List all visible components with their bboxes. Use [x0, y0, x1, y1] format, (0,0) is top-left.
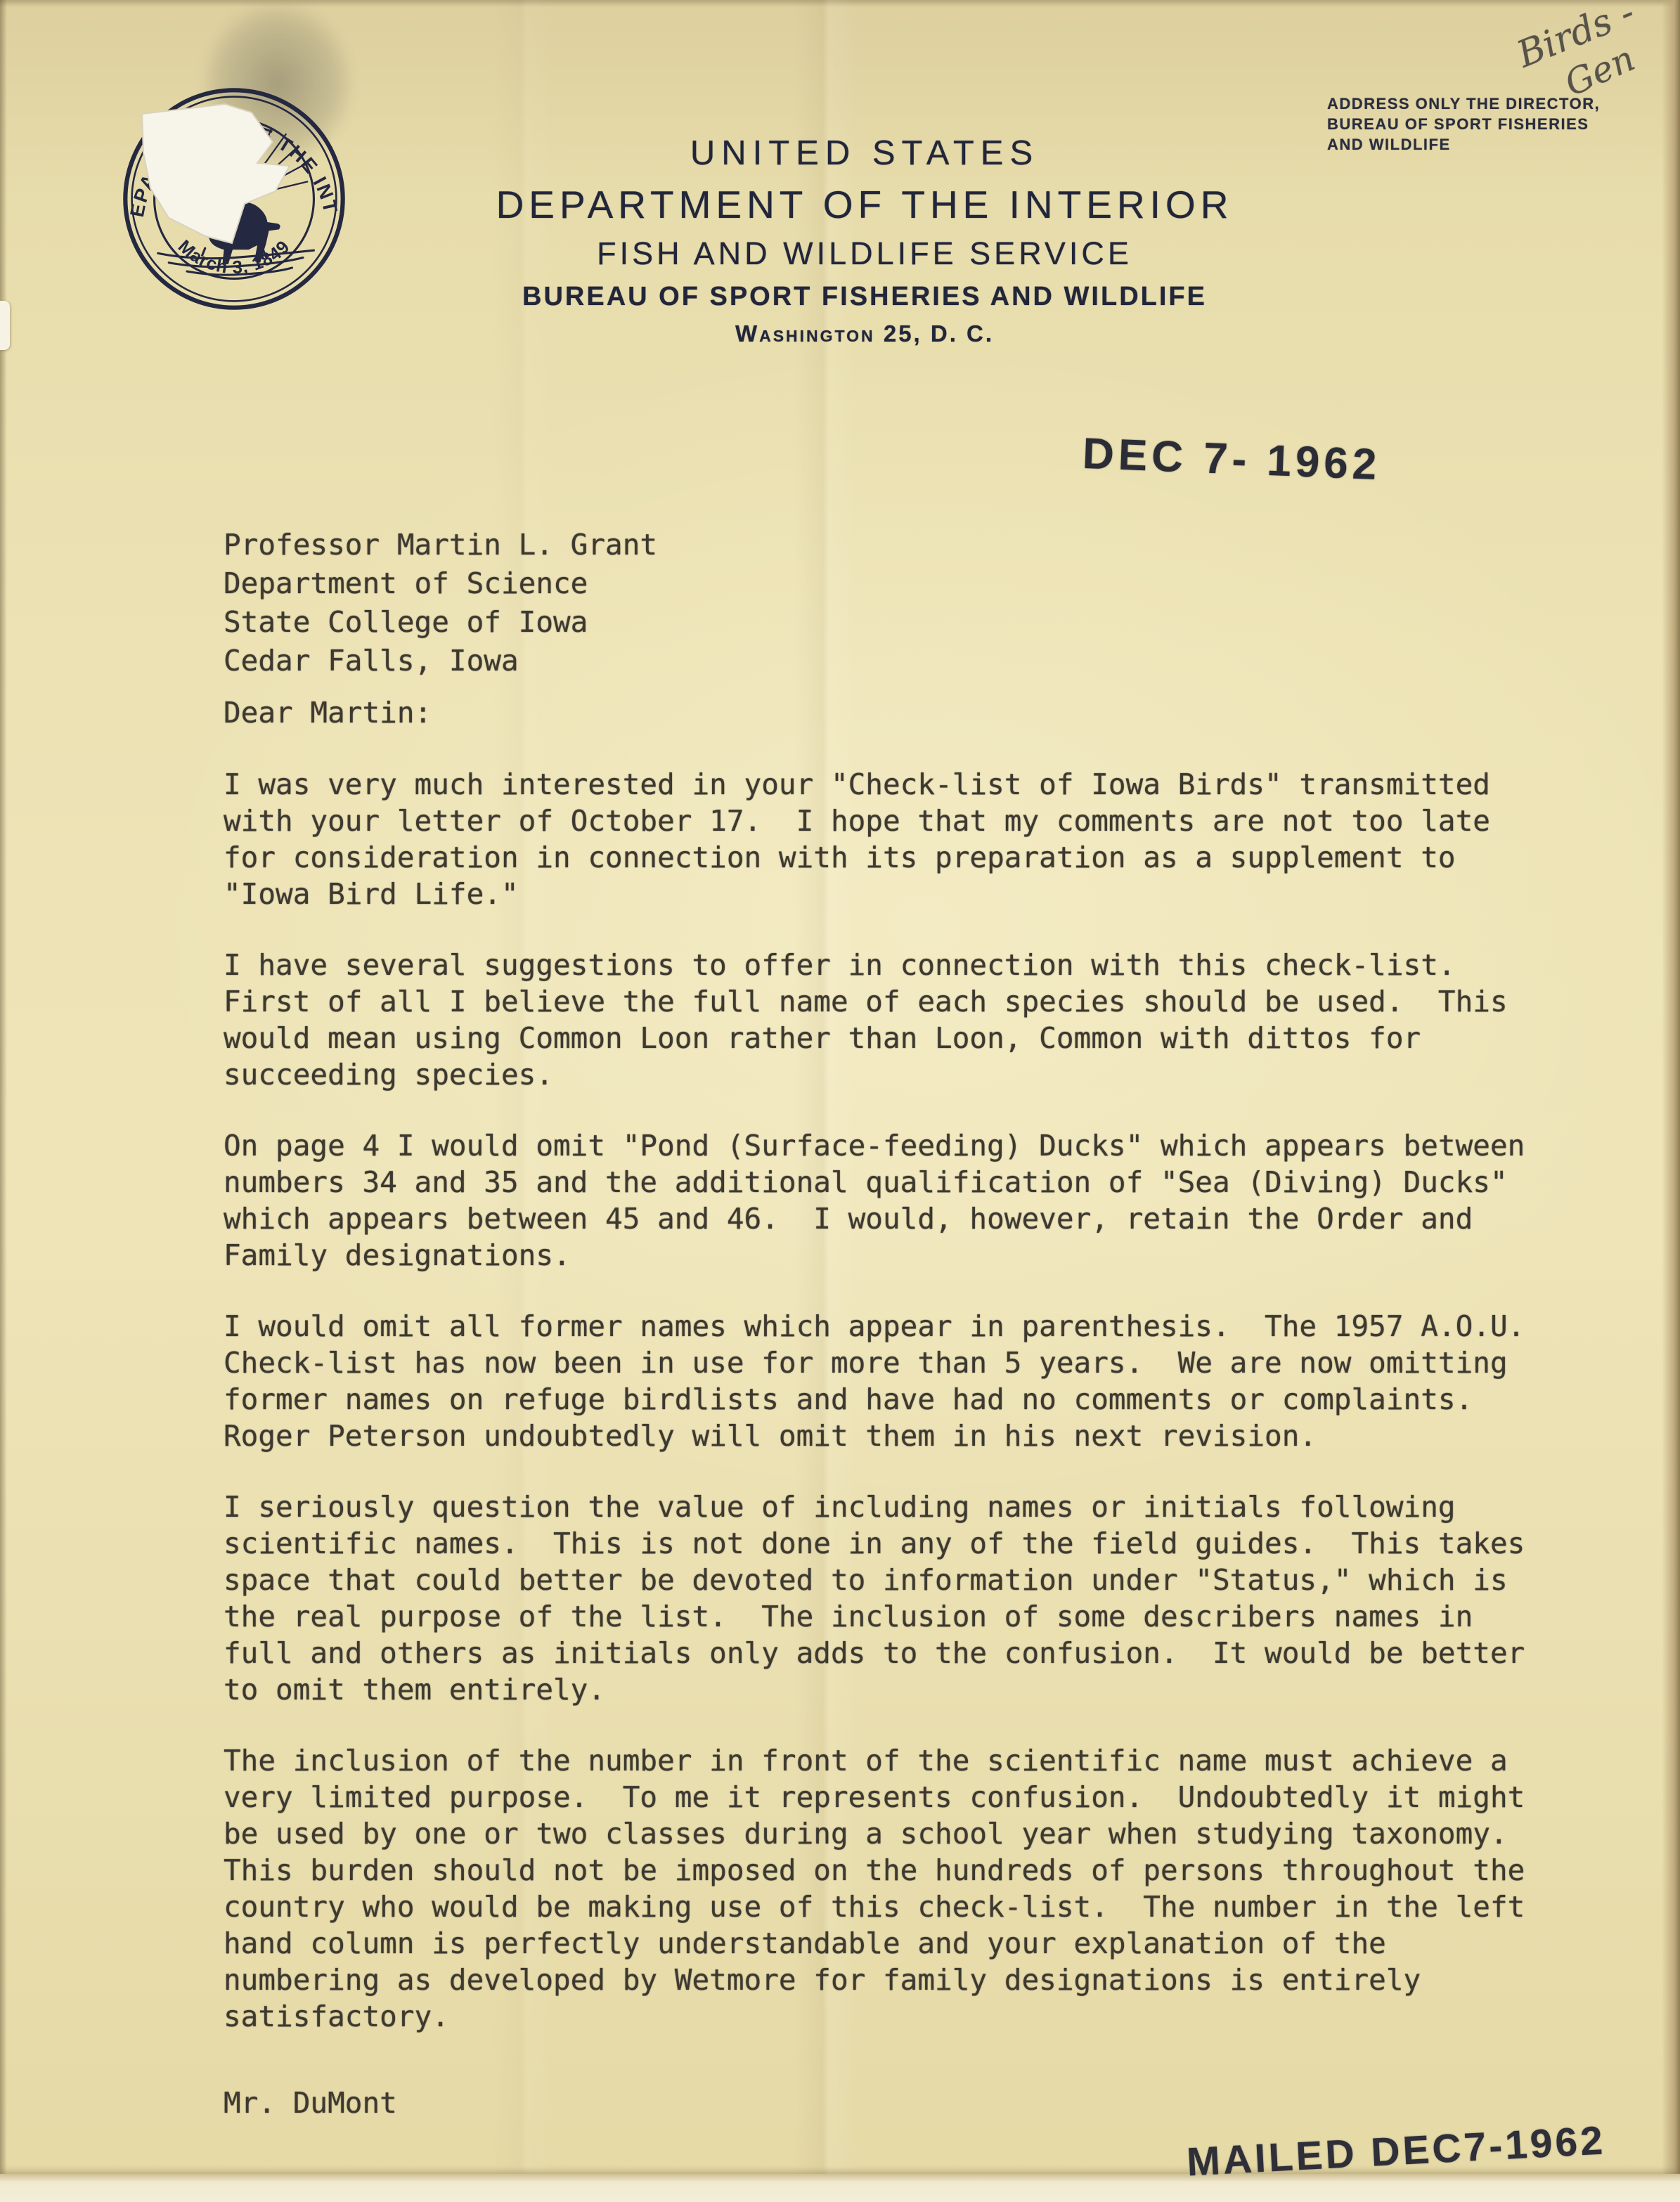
paper-tear [0, 301, 10, 350]
letter-body: I was very much interested in your "Chec… [224, 766, 1549, 2069]
salutation: Dear Martin: [224, 696, 432, 730]
body-paragraph: I have several suggestions to offer in c… [224, 947, 1549, 1093]
body-paragraph: I seriously question the value of includ… [224, 1489, 1549, 1708]
address-instruction-line: BUREAU OF SPORT FISHERIES [1327, 114, 1622, 134]
address-instruction-line: AND WILDLIFE [1327, 134, 1622, 155]
letterhead-city: Washington 25, D. C. [450, 320, 1279, 347]
recipient-address: Professor Martin L. Grant Department of … [224, 526, 657, 680]
body-paragraph: I would omit all former names which appe… [224, 1308, 1549, 1454]
address-instruction-line: ADDRESS ONLY THE DIRECTOR, [1327, 93, 1622, 114]
recipient-line: State College of Iowa [224, 603, 657, 642]
page-right-edge [1662, 0, 1680, 2202]
body-paragraph: On page 4 I would omit "Pond (Surface-fe… [224, 1127, 1549, 1274]
reference-line: Mr. DuMont [224, 2086, 397, 2120]
letterhead: UNITED STATES DEPARTMENT OF THE INTERIOR… [450, 134, 1279, 347]
recipient-line: Department of Science [224, 564, 657, 603]
next-page-edge [0, 2174, 1680, 2202]
address-instruction: ADDRESS ONLY THE DIRECTOR, BUREAU OF SPO… [1327, 93, 1622, 155]
body-paragraph: I was very much interested in your "Chec… [224, 766, 1549, 912]
page-top-edge [0, 0, 1680, 7]
recipient-line: Professor Martin L. Grant [224, 526, 657, 564]
recipient-line: Cedar Falls, Iowa [224, 642, 657, 680]
letter-page: U.S. DEPARTMENT OF THE INTERIOR March 3,… [0, 0, 1680, 2202]
date-received-stamp: DEC 7- 1962 [1082, 429, 1382, 490]
letterhead-service: FISH AND WILDLIFE SERVICE [450, 235, 1279, 272]
torn-paper-patch [127, 98, 316, 260]
letterhead-department: DEPARTMENT OF THE INTERIOR [450, 182, 1279, 227]
body-paragraph: The inclusion of the number in front of … [224, 1742, 1549, 2035]
letterhead-bureau: BUREAU OF SPORT FISHERIES AND WILDLIFE [450, 282, 1279, 312]
letterhead-country: UNITED STATES [450, 134, 1279, 173]
